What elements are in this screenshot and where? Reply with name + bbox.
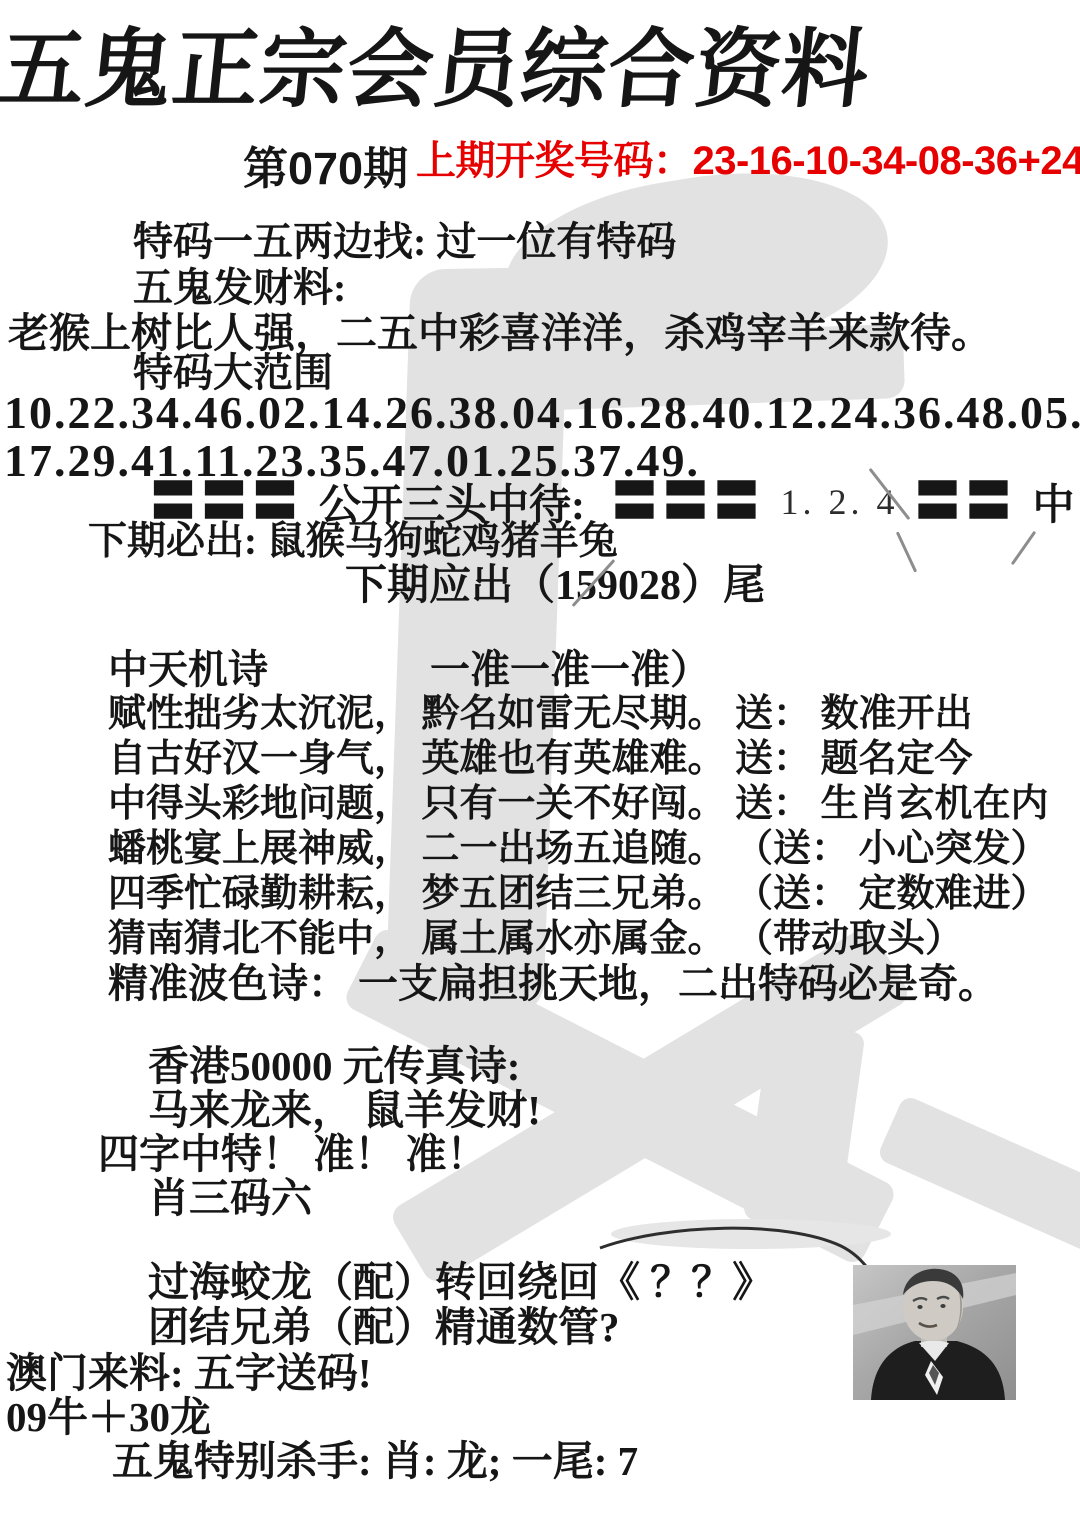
bar-blocks-icon: 〓〓	[915, 479, 1017, 525]
poem-line: 猜南猜北不能中， 属土属水亦属金。 （带动取头）	[108, 919, 963, 961]
hit-character: 中	[1033, 472, 1075, 532]
code-pair-line: 09牛＋30龙	[6, 1395, 211, 1440]
poem-line: 自古好汉一身气， 英雄也有英雄难。 送： 题名定今	[108, 739, 973, 781]
special-code-hint: 特码一五两边找: 过一位有特码	[133, 220, 676, 264]
bar-blocks-icon: 〓〓〓	[150, 479, 303, 525]
pen-scribble	[896, 531, 917, 572]
poem-line: 赋性拙劣太沉泥， 黔名如雷无尽期。 送： 数准开出	[108, 694, 973, 736]
fax-poem-title: 香港50000 元传真诗:	[148, 1044, 520, 1089]
fortune-label: 五鬼发财料:	[133, 266, 346, 310]
pair-line-2: 团结兄弟（配）精通数管?	[148, 1305, 620, 1350]
bar-blocks-icon: 〓〓〓	[612, 479, 765, 525]
poem-line: 四季忙碌勤耕耘， 梦五团结三兄弟。 （送： 定数难进）	[108, 874, 1049, 916]
pair-line-1: 过海蛟龙（配）转回绕回《 ？？》	[148, 1260, 773, 1305]
number-range-row-1: 10.22.34.46.02.14.26.38.04.16.28.40.12.2…	[4, 388, 1080, 439]
pen-scribble	[1011, 531, 1036, 565]
faint-handwriting: 1. 2. 4	[781, 481, 899, 523]
zodiac-code-line: 肖三码六	[148, 1176, 312, 1221]
macau-line: 澳门来料: 五字送码!	[6, 1351, 372, 1396]
should-out-tails: 下期应出（159028）尾	[345, 563, 765, 609]
poem-line: 中得头彩地问题， 只有一关不好闯。 送： 生肖玄机在内	[108, 784, 1049, 826]
last-draw-numbers: 上期开奖号码：23-16-10-34-08-36+24	[416, 139, 1080, 183]
lottery-tip-sheet: 五鬼正宗会员综合资料 第070期 上期开奖号码：23-16-10-34-08-3…	[0, 0, 1080, 1527]
page-title: 五鬼正宗会员综合资料	[0, 0, 1080, 124]
issue-number: 第070期	[243, 144, 408, 194]
watermark-tail-stroke	[876, 1094, 1080, 1256]
color-wave-poem: 精准波色诗： 一支扁担挑天地，二出特码必是奇。	[108, 962, 998, 1006]
killer-line: 五鬼特别杀手: 肖: 龙; 一尾: 7	[112, 1439, 638, 1484]
portrait-photo	[853, 1265, 1016, 1400]
must-out-zodiac: 下期必出: 鼠猴马狗蛇鸡猪羊兔	[88, 521, 618, 564]
poem-title-note: 一准一准一准）	[430, 648, 710, 692]
fax-poem-line: 马来龙来， 鼠羊发财!	[148, 1088, 541, 1133]
poem-line: 蟠桃宴上展神威， 二一出场五追随。 （送： 小心突发）	[108, 829, 1049, 871]
poem-title: 中天机诗	[108, 648, 268, 692]
four-char-line: 四字中特！ 准！ 准！	[98, 1132, 488, 1177]
